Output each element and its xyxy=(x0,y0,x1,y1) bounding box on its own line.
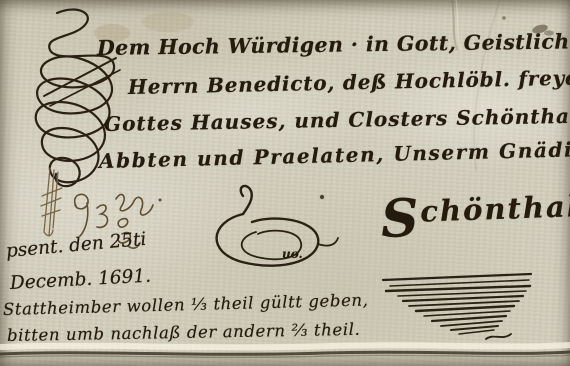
address-line-1: Dem Hoch Würdigen · in Gott, Geistlichen… xyxy=(97,28,570,60)
quill-doodle-icon xyxy=(41,168,62,236)
receipt-note-line-1: psent. den 25ti xyxy=(5,229,147,262)
place-signature: Schönthal xyxy=(380,187,570,246)
signature-hatch-flourish xyxy=(383,274,531,339)
docket-line-1: Stattheimber wollen ⅓ theil gültt geben, xyxy=(3,290,369,319)
receipt-note-line-2: Decemb. 1691. xyxy=(9,266,151,294)
paraph-caption: uo. xyxy=(282,247,303,261)
signature-rest: chönthal xyxy=(420,189,570,229)
letter-scan: Dem Hoch Würdigen · in Gott, Geistlichen… xyxy=(0,0,570,366)
docket-line-2: bitten umb nachlaß der andern ⅔ theil. xyxy=(7,320,361,345)
paraph-flourish xyxy=(217,186,338,266)
signature-initial: S xyxy=(380,188,422,250)
address-line-4: Abbten und Praelaten, Unserm Gnädigen xyxy=(99,136,570,173)
fold-crease xyxy=(0,345,570,366)
address-line-3: Gottes Hauses, und Closters Schönthal, xyxy=(104,104,570,136)
ink-speck xyxy=(502,16,506,20)
ink-speck xyxy=(320,195,324,199)
address-line-2: Herrn Benedicto, deß Hochlöbl. freyen — xyxy=(128,65,570,99)
